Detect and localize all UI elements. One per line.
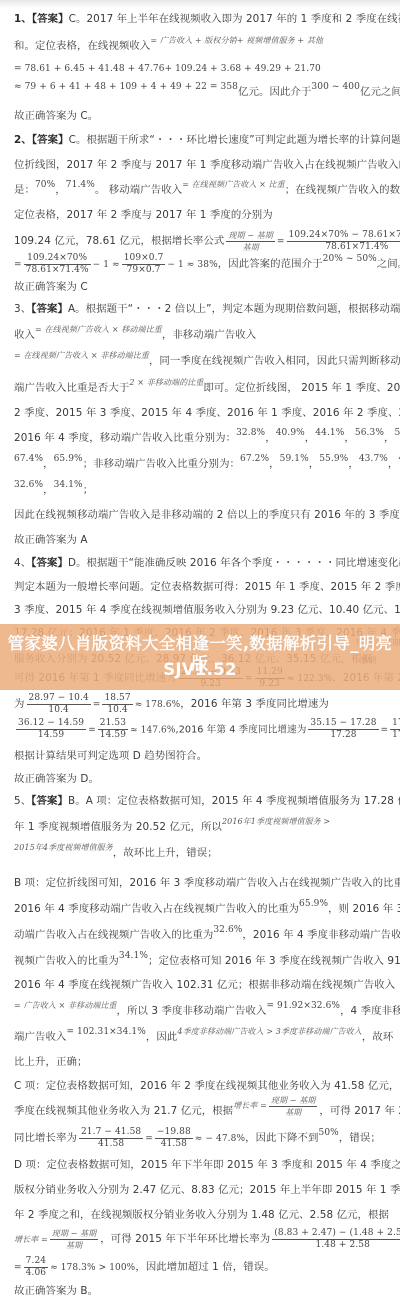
q4-conclusion: 根据计算结果可判定选项 D 趋势图符合。 <box>14 749 394 763</box>
q5-b-line-7: 端广告收入= 102.31×34.1%，因此4季度非移动端广告收入 > 3季度非… <box>14 1030 394 1045</box>
formula: = 在线视频广告收入 × 移动端比重 <box>35 325 162 334</box>
denominator: 10.4 <box>27 705 91 716</box>
text: 亿元。因此介于 <box>238 86 311 98</box>
text: ， <box>55 184 66 196</box>
share: 32.6% <box>14 480 43 490</box>
q5-line-2: 年 1 季度视频增值服务为 20.52 亿元，所以2016年1季度视频增值服务 … <box>14 820 394 835</box>
numerator: 36.12 − 14.59 <box>16 718 86 730</box>
denominator: 14.59 <box>16 730 86 741</box>
value: 65.9% <box>299 899 328 909</box>
math: − 1 ≈ <box>93 260 120 270</box>
text: 端广告收入比重是否大于 <box>14 382 129 394</box>
q3-conclusion: 因此在线视频移动端广告收入是非移动端的 2 倍以上的季度只有 2016 年的 3… <box>14 508 394 522</box>
denominator: 14.59 <box>98 730 128 741</box>
fraction: 21.7 − 41.5841.58 <box>79 1127 143 1150</box>
text: ，同一季度在线视频广告收入相同，因此只需判断移动 <box>149 355 400 367</box>
fraction: (8.83 + 2.47) − (1.48 + 2.58)1.48 + 2.58 <box>272 1228 400 1251</box>
numerator: 21.53 <box>98 718 128 730</box>
share: 67.4% <box>14 454 43 464</box>
denominator: 41.58 <box>79 1139 143 1150</box>
share: 40.9% <box>276 428 305 438</box>
q1-line-1: 1、【答案】C。2017 年上半年在线视频收入即为 2017 年的 1 季度和 … <box>14 12 394 26</box>
q5-d-line-1: D 项：定位表格数据可知，2015 年下半年即 2015 年 3 季度和 201… <box>14 1158 394 1172</box>
value: 71.4% <box>66 180 95 190</box>
numerator: 109.24×70% − 78.61×71.4% <box>287 230 400 242</box>
text: 即可。定位折线图， 2015 年 1 季度、2015 年 <box>203 382 400 394</box>
range: 300 ~ 400 <box>311 82 360 92</box>
text: ，因此 <box>146 1031 177 1043</box>
fraction: 现期 − 基期基期 <box>50 1228 99 1251</box>
share: 43.7% <box>359 454 388 464</box>
fraction: 17.8717.28 <box>390 718 400 741</box>
label: 增长率 = <box>233 1101 267 1110</box>
value: 70% <box>35 180 55 190</box>
text: D。根据题干“能准确反映 2016 年各个季度・・・・・・同比增速变化趋势”， <box>68 557 400 569</box>
approx: ≈ 147.6% <box>130 726 176 736</box>
denominator: 78.61×71.4% <box>24 265 91 276</box>
text: 季度在线视频其他业务收入为 21.7 亿元，根据 <box>14 1105 233 1117</box>
text: ；非移动端广告收入比重分别为： <box>83 458 240 470</box>
q5-d-line-3: 年 2 季度之和，在线视频版权分销业务收入分别为 1.48 亿元、2.58 亿元… <box>14 1208 394 1222</box>
text: ，因此增加超过 1 倍，错误。 <box>135 1261 274 1273</box>
fraction: 28.97 − 10.410.4 <box>27 693 91 716</box>
q3-number: 3、 <box>14 303 31 315</box>
q5-d-line-5: =7.244.06≈ 178.3% > 100%，因此增加超过 1 倍，错误。 <box>14 1255 394 1280</box>
numerator: 35.15 − 17.28 <box>308 718 378 730</box>
q5-b-line-8: 比上升，正确； <box>14 1055 394 1069</box>
q1-answer-tag: 【答案】 <box>32 13 69 25</box>
equals: = <box>14 1263 22 1273</box>
q3-line-4: 端广告收入比重是否大于2 × 非移动端的比重即可。定位折线图， 2015 年 1… <box>14 381 394 396</box>
banner-subtitle: SJV1.52 <box>0 660 400 680</box>
equals: = <box>145 1134 153 1144</box>
formula: = 102.31×34.1% <box>66 1027 145 1037</box>
fraction: 现期 − 基期基期 <box>269 1095 318 1118</box>
q4-answer-tag: 【答案】 <box>31 557 68 569</box>
text: 端广告收入 <box>14 1031 66 1043</box>
denominator: 基期 <box>269 1107 318 1118</box>
q4-line-3: 3 季度、2015 年 4 季度在线视频增值服务收入分别为 9.23 亿元、10… <box>14 603 394 617</box>
q5-number: 5、 <box>14 795 31 807</box>
formula: = 91.92×32.6% <box>266 1001 340 1011</box>
q3-line-3: = 在线视频广告收入 × 非移动端比重，同一季度在线视频广告收入相同，因此只需判… <box>14 354 394 369</box>
numerator: −19.88 <box>155 1127 193 1139</box>
numerator: 现期 − 基期 <box>269 1095 318 1107</box>
q5-answer: 故正确答案为 B。 <box>14 1284 394 1298</box>
top-fade <box>0 0 400 8</box>
numerator: (8.83 + 2.47) − (1.48 + 2.58) <box>272 1228 400 1240</box>
fraction: −19.8841.58 <box>155 1127 193 1150</box>
text: ，错误； <box>339 1132 381 1144</box>
value: 34.1% <box>119 951 148 961</box>
fraction: 18.5710.4 <box>102 693 132 716</box>
q3-line-5: 2 季度、2015 年 3 季度、2015 年 4 季度、2016 年 1 季度… <box>14 406 394 420</box>
share: 55.9% <box>319 454 348 464</box>
watermark-banner: 管家婆八肖版资料大全相逢一笑,数据解析引导_明亮版 SJV1.52 <box>0 624 400 690</box>
q3-line-8: 32.6%，34.1%； <box>14 483 394 498</box>
value: 32.6% <box>213 925 242 935</box>
q1-line-3: = 78.61 + 6.45 + 41.48 + 47.76+ 109.24 +… <box>14 62 394 76</box>
share: 56.3% <box>355 428 384 438</box>
denominator: 基期 <box>50 1240 99 1251</box>
equals: = <box>88 726 96 736</box>
text: ，非移动端广告收入 <box>162 329 256 341</box>
text: B 项：定位折线图可知，2016 年 3 季度移动端广告收入占在线视频广告收入的… <box>14 877 400 889</box>
numerator: 17.87 <box>390 718 400 730</box>
text: ，2016 年第 3 季度同比增速为 <box>180 698 329 710</box>
equals: = <box>381 726 389 736</box>
denominator: 10.4 <box>102 705 132 716</box>
q3-answer-tag: 【答案】 <box>31 303 68 315</box>
q3-line-6: 2016 年 4 季度，移动端广告收入比重分别为：32.8%，40.9%，44.… <box>14 431 394 446</box>
fraction: 36.12 − 14.5914.59 <box>16 718 86 741</box>
fraction: 109×0.779×0.7 <box>122 253 166 276</box>
q2-line-4: 定位表格，2017 年 2 季度与 2017 年 1 季度的分别为 <box>14 208 394 222</box>
text: 2016 年 4 季度，移动端广告收入比重分别为： <box>14 432 236 444</box>
approx: ≈ 178.3% > 100% <box>50 1263 135 1273</box>
text: 2016 年 4 季度移动端广告收入占在线视频广告收入的比重为 <box>14 903 299 915</box>
q5-d-line-2: 版权分销业务收入分别为 2.47 亿元、8.83 亿元；2015 年上半年即 2… <box>14 1183 394 1197</box>
q3-line-1: 3、【答案】A。根据题干“・・・2 倍以上”，判定本题为现期倍数问题，根据移动端… <box>14 302 394 316</box>
numerator: 21.7 − 41.58 <box>79 1127 143 1139</box>
formula: = 在线视频广告收入 × 非移动端比重 <box>14 351 149 360</box>
q5-line-1: 5、【答案】B。A 项：定位表格数据可知，2015 年 4 季度视频增值服务为 … <box>14 794 394 808</box>
fraction: 35.15 − 17.2817.28 <box>308 718 378 741</box>
numerator: 现期 − 基期 <box>50 1228 99 1240</box>
q5-b-line-5: 2016 年 4 季度在线视频广告收入 102.31 亿元；根据非移动端在线视频… <box>14 978 394 992</box>
numerator: 109.24×70% <box>24 253 91 265</box>
growth-fraction: 现期 − 基期基期 <box>226 230 275 253</box>
range: 20% ~ 50% <box>323 254 377 264</box>
text: 。 移动端广告收入 <box>95 184 182 196</box>
q5-b-line-2: 2016 年 4 季度移动端广告收入占在线视频广告收入的比重为65.9%，则 2… <box>14 902 394 917</box>
numerator: 109×0.7 <box>122 253 166 265</box>
q1-line-4: ≈ 79 + 6 + 41 + 48 + 109 + 4 + 49 + 22 =… <box>14 85 394 100</box>
share: 58.4% <box>394 428 400 438</box>
q5-b-line-6: = 广告收入 × 非移动端比重，所以 3 季度非移动端广告收入= 91.92×3… <box>14 1004 394 1019</box>
q1-number: 1、 <box>14 13 32 25</box>
text: ；定位表格可知 2016 年 3 季度在线视频广告收入 91.92 亿元， <box>148 955 400 967</box>
share: 44.1% <box>315 428 344 438</box>
q2-line-5: 109.24 亿元，78.61 亿元，根据增长率公式现期 − 基期基期=109.… <box>14 229 394 254</box>
share: 67.2% <box>240 454 269 464</box>
text: B。A 项：定位表格数据可知，2015 年 4 季度视频增值服务为 17.28 … <box>68 795 400 807</box>
q5-b-line-1: B 项：定位折线图可知，2016 年 3 季度移动端广告收入占在线视频广告收入的… <box>14 876 394 891</box>
equals: = <box>93 700 101 710</box>
denominator: 1.48 + 2.58 <box>272 1240 400 1251</box>
q5-b-line-3: 动端广告收入占在线视频广告收入的比重为32.6%，2016 年 4 季度非移动端… <box>14 928 394 943</box>
q2-line-6: =109.24×70%78.61×71.4%− 1 ≈109×0.779×0.7… <box>14 252 394 277</box>
equals: = <box>277 237 285 247</box>
q5-c-line-2: 季度在线视频其他业务收入为 21.7 亿元，根据增长率 =现期 − 基期基期，可… <box>14 1099 394 1124</box>
approx: ≈ 178.6% <box>135 700 181 710</box>
fraction: 21.5314.59 <box>98 718 128 741</box>
q4-number: 4、 <box>14 557 31 569</box>
share: 65.9% <box>54 454 83 464</box>
denominator: 17.28 <box>308 730 378 741</box>
text: 视频广告收入的比重为 <box>14 955 119 967</box>
q2-line-2: 位折线图，2017 年 2 季度与 2017 年 1 季度移动端广告收入占在线视… <box>14 158 394 172</box>
formula: = 广告收入 × 非移动端比重 <box>14 1001 117 1010</box>
fraction: 109.24×70%78.61×71.4% <box>24 253 91 276</box>
q4-line-8: 36.12 − 14.5914.59=21.5314.59≈ 147.6%,20… <box>14 718 394 743</box>
q2-answer: 故正确答案为 C <box>14 280 394 294</box>
approx: ≈ − 47.8% <box>195 1134 245 1144</box>
text: 和。定位表格，在线视频收入 <box>14 40 150 52</box>
text: ，所以 3 季度非移动端广告收入 <box>117 1005 267 1017</box>
q5-b-line-4: 视频广告收入的比重为34.1%；定位表格可知 2016 年 3 季度在线视频广告… <box>14 954 394 969</box>
formula: 4季度非移动端广告收入 > 3季度非移动端广告收入 <box>177 1027 361 1036</box>
formula: = 在线视频广告收入 × 比重 <box>182 180 285 189</box>
text: ，可得 2015 年下半年环比增长率为 <box>100 1233 270 1245</box>
calc-fraction: 109.24×70% − 78.61×71.4%78.61×71.4% <box>287 230 400 253</box>
q2-answer-tag: 【答案】 <box>32 134 69 146</box>
denominator: 基期 <box>226 242 275 253</box>
text: 收入 <box>14 329 35 341</box>
q2-line-1: 2、【答案】C。根据题干所求“・・・环比增长速度”可判定此题为增长率的计算问题，… <box>14 133 394 147</box>
numerator: 28.97 − 10.4 <box>27 693 91 705</box>
q4-answer: 故正确答案为 D。 <box>14 772 394 786</box>
answer-explanation-document: 1、【答案】C。2017 年上半年在线视频收入即为 2017 年的 1 季度和 … <box>0 0 400 1314</box>
label: 增长率 = <box>14 1235 48 1244</box>
fraction: 7.244.06 <box>24 1256 48 1279</box>
text: 为 <box>14 698 25 710</box>
text: ，因此下降不到 <box>245 1132 318 1144</box>
formula: 2015年4季度视频增值服务 <box>14 843 113 852</box>
formula: = 广告收入 + 版权分销+ 视频增值服务 + 其他 <box>150 36 323 45</box>
q5-c-line-1: C 项：定位表格数据可知，2016 年 2 季度在线视频其他业务收入为 41.5… <box>14 1079 394 1093</box>
text: 是： <box>14 184 35 196</box>
numerator: 7.24 <box>24 1256 48 1268</box>
equals: = <box>14 260 22 270</box>
q2-line-3: 是：70%，71.4%。 移动端广告收入= 在线视频广告收入 × 比重；在线视频… <box>14 183 394 198</box>
text: ，4 季度非移动 <box>340 1005 400 1017</box>
denominator: 17.28 <box>390 730 400 741</box>
formula: ≈ 79 + 6 + 41 + 48 + 109 + 4 + 49 + 22 =… <box>14 82 238 92</box>
q1-line-2: 和。定位表格，在线视频收入= 广告收入 + 版权分销+ 视频增值服务 + 其他 <box>14 39 394 54</box>
share: 59.1% <box>280 454 309 464</box>
text: C。根据题干所求“・・・环比增长速度”可判定此题为增长率的计算问题，定 <box>69 134 400 146</box>
text: A。根据题干“・・・2 倍以上”，判定本题为现期倍数问题，根据移动端广告 <box>68 303 400 315</box>
formula: 2 × 非移动端的比重 <box>129 378 203 387</box>
q4-line-1: 4、【答案】D。根据题干“能准确反映 2016 年各个季度・・・・・・同比增速变… <box>14 556 394 570</box>
numerator: 现期 − 基期 <box>226 230 275 242</box>
text: ，因此答案的范围介于 <box>218 258 323 270</box>
formula: 2016年1季度视频增值服务 > <box>222 817 330 826</box>
denominator: 78.61×71.4% <box>287 242 400 253</box>
q2-number: 2、 <box>14 134 32 146</box>
text: 同比增长率为 <box>14 1132 77 1144</box>
text: ,2016 年第 4 季度同比增速为 <box>176 725 307 736</box>
q5-answer-tag: 【答案】 <box>31 795 68 807</box>
q1-answer: 故正确答案为 C。 <box>14 109 394 123</box>
text: ，可得 2017 年 2 季度 <box>319 1105 400 1117</box>
q4-line-2: 判定本题为一般增长率问题。定位表格数据可得：2015 年 1 季度、2015 年… <box>14 580 394 594</box>
text: ，故环比上升，错误； <box>113 847 218 859</box>
denominator: 4.06 <box>24 1268 48 1279</box>
numerator: 18.57 <box>102 693 132 705</box>
text: 之间。 <box>377 258 400 270</box>
text: 亿元之间。 <box>360 86 400 98</box>
q5-line-3: 2015年4季度视频增值服务，故环比上升，错误； <box>14 846 394 861</box>
q5-d-line-4: 增长率 =现期 − 基期基期，可得 2015 年下半年环比增长率为(8.83 +… <box>14 1227 394 1252</box>
q3-line-7: 67.4%，65.9%；非移动端广告收入比重分别为：67.2%，59.1%，55… <box>14 457 394 472</box>
denominator: 79×0.7 <box>122 265 166 276</box>
text: 109.24 亿元，78.61 亿元，根据增长率公式 <box>14 235 224 247</box>
text: 年 1 季度视频增值服务为 20.52 亿元，所以 <box>14 821 222 833</box>
text: ；在线视频广告收入的数据 <box>285 184 400 196</box>
q5-c-line-3: 同比增长率为21.7 − 41.5841.58=−19.8841.58≈ − 4… <box>14 1126 394 1151</box>
text: ，2016 年 4 季度非移动端广告收入占在线 <box>242 929 400 941</box>
q1-text: C。2017 年上半年在线视频收入即为 2017 年的 1 季度和 2 季度在线… <box>69 13 400 25</box>
q3-line-2: 收入= 在线视频广告收入 × 移动端比重，非移动端广告收入 <box>14 328 394 343</box>
text: 动端广告收入占在线视频广告收入的比重为 <box>14 929 213 941</box>
share: 32.8% <box>236 428 265 438</box>
denominator: 41.58 <box>155 1139 193 1150</box>
text: ，故环 <box>362 1031 393 1043</box>
math: − 1 ≈ 38% <box>167 260 217 270</box>
value: 50% <box>319 1128 339 1138</box>
share: 34.1% <box>54 480 83 490</box>
q4-line-7: 为28.97 − 10.410.4=18.5710.4≈ 178.6%，2016… <box>14 692 394 717</box>
q3-answer: 故正确答案为 A <box>14 533 394 547</box>
text: ，则 2016 年 3 季度非移 <box>328 903 400 915</box>
